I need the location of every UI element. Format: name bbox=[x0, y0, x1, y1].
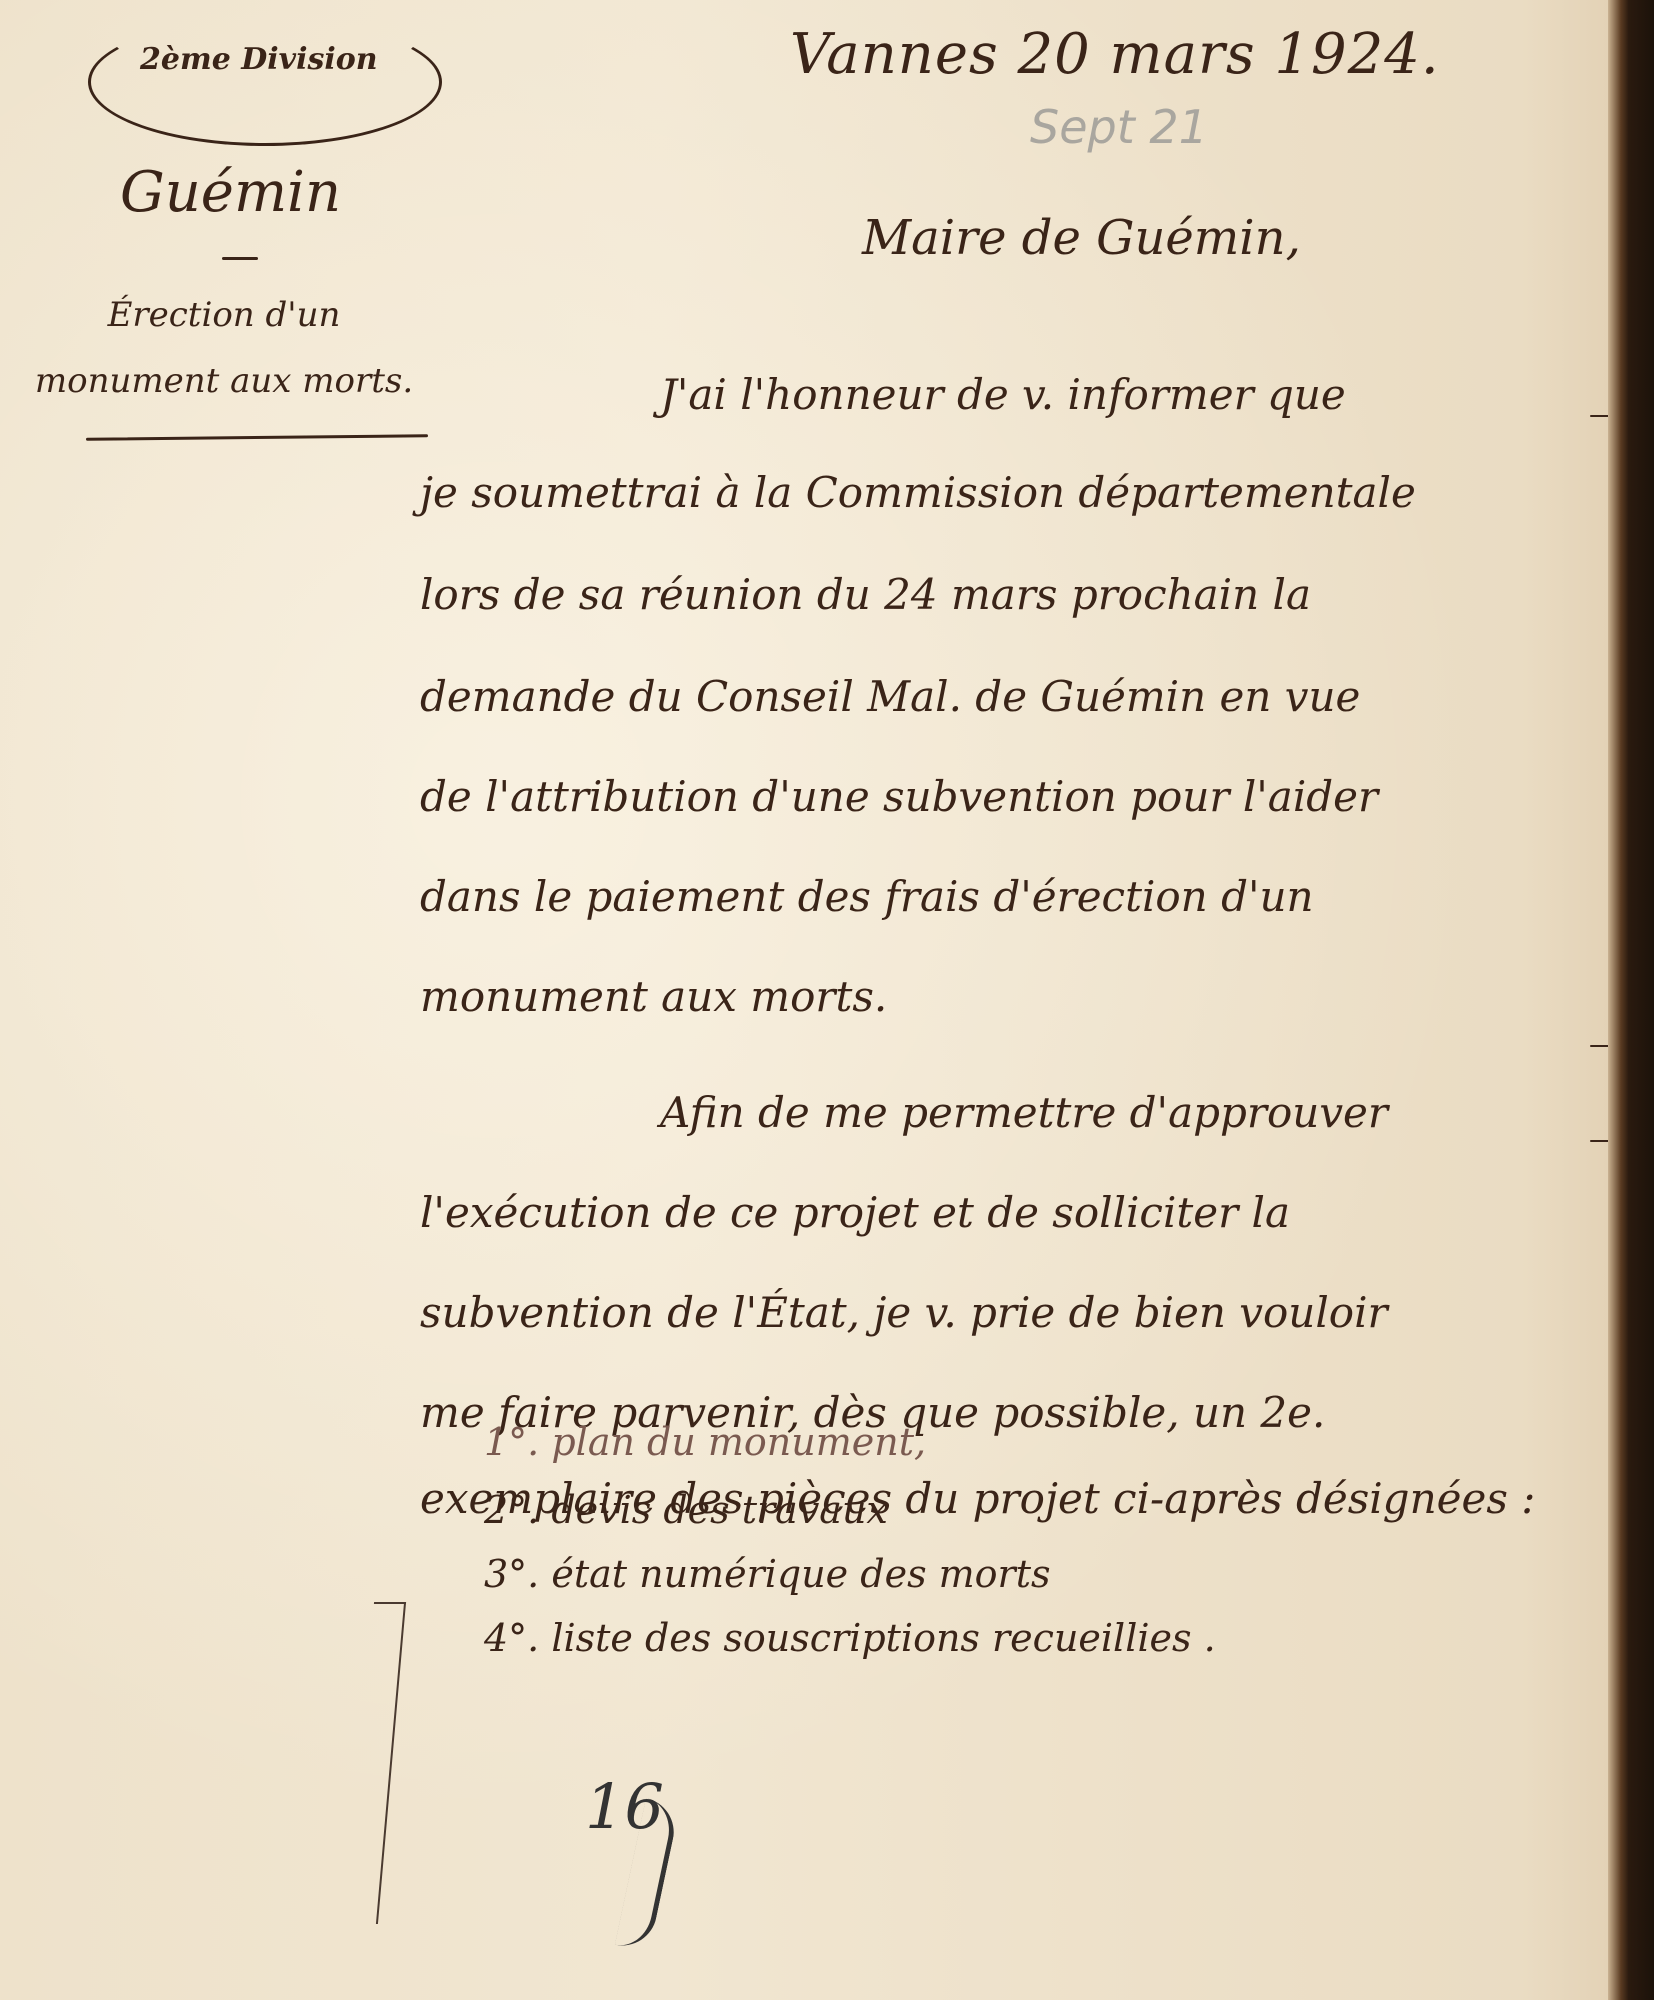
margin-dash bbox=[222, 257, 258, 260]
margin-subject-line-2: monument aux morts. bbox=[14, 348, 434, 414]
margin-commune: Guémin bbox=[120, 160, 341, 225]
margin-underline bbox=[86, 434, 428, 441]
body-line: monument aux morts. bbox=[420, 972, 887, 1021]
division-label: 2ème Division bbox=[140, 42, 378, 77]
body-line: Afin de me permettre d'approuver bbox=[660, 1088, 1388, 1137]
list-item: 2°. devis des travaux bbox=[484, 1488, 888, 1532]
margin-subject: Érection d'un monument aux morts. bbox=[14, 282, 434, 414]
salutation: Maire de Guémin, bbox=[862, 210, 1301, 266]
body-line: je soumettrai à la Commission départemen… bbox=[420, 468, 1416, 517]
body-line: dans le paiement des frais d'érection d'… bbox=[420, 872, 1314, 921]
pencil-bracket-mark bbox=[346, 1602, 406, 1924]
margin-subject-line-1: Érection d'un bbox=[14, 282, 434, 348]
list-item: 3°. état numérique des morts bbox=[484, 1552, 1051, 1596]
division-oval bbox=[88, 18, 442, 146]
scan-edge-shadow bbox=[1608, 0, 1654, 2000]
body-line: subvention de l'État, je v. prie de bien… bbox=[420, 1288, 1388, 1337]
place-date: Vannes 20 mars 1924. bbox=[790, 22, 1440, 87]
body-line: J'ai l'honneur de v. informer que bbox=[660, 370, 1346, 419]
body-line: l'exécution de ce projet et de sollicite… bbox=[420, 1188, 1290, 1237]
letter-page: 2ème Division Vannes 20 mars 1924. Sept … bbox=[0, 0, 1654, 2000]
body-line: lors de sa réunion du 24 mars prochain l… bbox=[420, 570, 1311, 619]
body-line: demande du Conseil Mal. de Guémin en vue bbox=[420, 672, 1360, 721]
list-item: 1°. plan du monument, bbox=[484, 1420, 926, 1464]
body-line: de l'attribution d'une subvention pour l… bbox=[420, 772, 1378, 821]
pencil-reference: Sept 21 bbox=[1030, 100, 1208, 154]
list-item: 4°. liste des souscriptions recueillies … bbox=[484, 1616, 1216, 1660]
